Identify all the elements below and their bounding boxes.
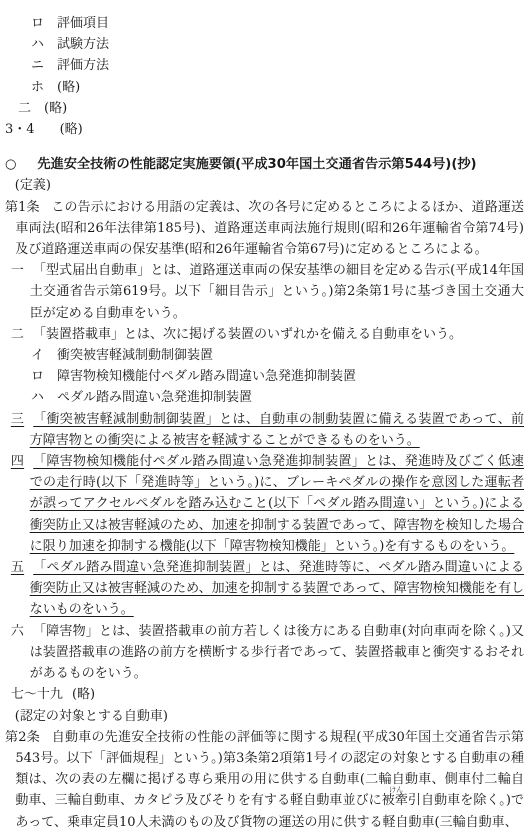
article-1-text: この告示における用語の定義は、次の各号に定めるところによるほか、道路運送車両法(…	[15, 200, 524, 257]
item-number: 五	[11, 560, 33, 575]
outline-item-ni: ニ評価方法	[5, 55, 524, 76]
outline-item-ho: ホ(略)	[5, 77, 524, 98]
item-number: 七〜十九	[11, 687, 72, 702]
outline-item-label: ニ	[31, 55, 57, 76]
outline-item-text: 試験方法	[57, 37, 109, 52]
article-2-number: 第2条	[5, 730, 52, 745]
article-2: 第2条自動車の先進安全技術の性能の評価等に関する規程(平成30年国土交通省告示第…	[5, 727, 524, 833]
item-number: 三	[11, 412, 33, 427]
document-title: 先進安全技術の性能認定実施要領(平成30年国土交通省告示第544号)(抄)	[37, 157, 476, 172]
document-heading: ○先進安全技術の性能認定実施要領(平成30年国土交通省告示第544号)(抄)	[5, 154, 524, 175]
item-text: 「ペダル踏み間違い急発進抑制装置」とは、発進時等に、ペダル踏み間違いによる衝突防…	[30, 560, 524, 617]
sub-item-number: ハ	[31, 387, 57, 408]
outline-item-text: (略)	[60, 122, 83, 137]
outline-item-label: ホ	[31, 77, 57, 98]
item-number: 一	[11, 263, 33, 278]
definition-item-3: 三「衝突被害軽減制動制御装置」とは、自動車の制動装置に備える装置であって、前方障…	[5, 409, 524, 451]
article-1-number: 第1条	[5, 200, 51, 215]
sub-item-number: イ	[31, 345, 57, 366]
sub-item-text: 衝突被害軽減制動制御装置	[57, 348, 213, 363]
outline-item-text: 評価方法	[57, 58, 109, 73]
outline-item-2: 二(略)	[5, 98, 524, 119]
definition-item-7-19: 七〜十九(略)	[5, 684, 524, 705]
item-text: 「型式届出自動車」とは、道路運送車両の保安基準の細目を定める告示(平成14年国土…	[30, 263, 524, 320]
definition-item-4: 四「障害物検知機能付ペダル踏み間違い急発進抑制装置」とは、発進時及びごく低速での…	[5, 451, 524, 557]
item-number: 六	[11, 624, 33, 639]
section-label-definitions: (定義)	[5, 175, 524, 196]
item-number: 四	[11, 454, 33, 469]
device-item-ro: ロ障害物検知機能付ペダル踏み間違い急発進抑制装置	[5, 366, 524, 387]
device-item-i: イ衝突被害軽減制動制御装置	[5, 345, 524, 366]
item-number: 二	[11, 327, 33, 342]
ruby-furigana: けん	[400, 787, 404, 794]
outline-item-text: (略)	[57, 80, 80, 95]
outline-item-label: ロ	[31, 13, 57, 34]
outline-item-label: ハ	[31, 34, 57, 55]
item-text: 「障害物」とは、装置搭載車の前方若しくは後方にある自動車(対向車両を除く。)又は…	[30, 624, 524, 681]
outline-item-ha: ハ試験方法	[5, 34, 524, 55]
ruby-annotation: 牽けん	[395, 793, 408, 808]
definition-item-6: 六「障害物」とは、装置搭載車の前方若しくは後方にある自動車(対向車両を除く。)又…	[5, 621, 524, 685]
sub-item-number: ロ	[31, 366, 57, 387]
ruby-base: 牽	[395, 793, 408, 808]
item-text: 「障害物検知機能付ペダル踏み間違い急発進抑制装置」とは、発進時及びごく低速での走…	[30, 454, 524, 554]
definition-item-5: 五「ペダル踏み間違い急発進抑制装置」とは、発進時等に、ペダル踏み間違いによる衝突…	[5, 557, 524, 621]
circle-marker: ○	[5, 154, 37, 175]
outline-item-text: 評価項目	[57, 16, 109, 31]
article-1: 第1条この告示における用語の定義は、次の各号に定めるところによるほか、道路運送車…	[5, 197, 524, 261]
sub-item-text: ペダル踏み間違い急発進抑制装置	[57, 390, 252, 405]
definition-item-1: 一「型式届出自動車」とは、道路運送車両の保安基準の細目を定める告示(平成14年国…	[5, 260, 524, 324]
item-text: 「衝突被害軽減制動制御装置」とは、自動車の制動装置に備える装置であって、前方障害…	[30, 412, 524, 448]
sub-item-text: 障害物検知機能付ペダル踏み間違い急発進抑制装置	[57, 369, 356, 384]
outline-item-label: 3・4	[5, 119, 60, 140]
item-text: 「装置搭載車」とは、次に掲げる装置のいずれかを備える自動車をいう。	[33, 327, 462, 342]
definition-item-2: 二「装置搭載車」とは、次に掲げる装置のいずれかを備える自動車をいう。	[5, 324, 524, 345]
document-page: ロ評価項目 ハ試験方法 ニ評価方法 ホ(略) 二(略) 3・4(略) ○先進安全…	[0, 0, 528, 836]
outline-item-ro: ロ評価項目	[5, 13, 524, 34]
outline-item-text: (略)	[44, 101, 67, 116]
section-label-certification-target: (認定の対象とする自動車)	[5, 706, 524, 727]
outline-item-3-4: 3・4(略)	[5, 119, 524, 140]
device-item-ha: ハペダル踏み間違い急発進抑制装置	[5, 387, 524, 408]
outline-item-label: 二	[18, 98, 44, 119]
item-text: (略)	[72, 687, 95, 702]
